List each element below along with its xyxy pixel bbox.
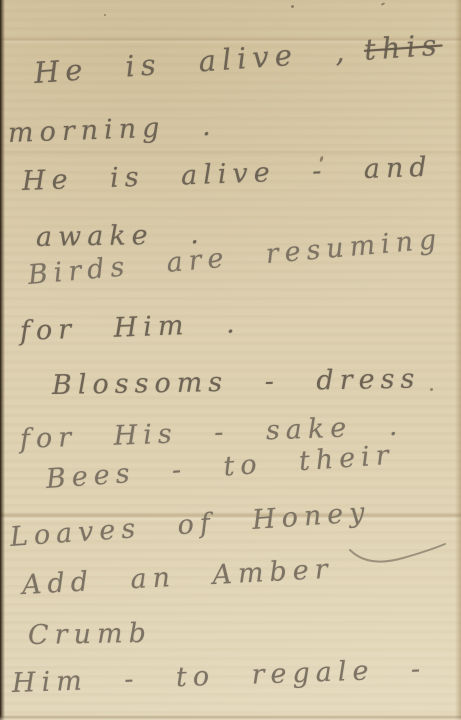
pencil-speck — [291, 5, 294, 8]
scan-edge-bottom — [0, 715, 461, 720]
handwriting-text: morning . — [7, 111, 217, 149]
handwriting-line: Crumb — [28, 618, 152, 651]
scan-edge-right — [455, 0, 461, 720]
pencil-speck — [381, 2, 385, 6]
handwriting-text: Crumb — [28, 618, 152, 651]
pencil-speck — [430, 388, 433, 391]
pen-flourish — [348, 542, 448, 568]
handwriting-line: for Him . — [19, 308, 241, 347]
handwriting-text: Add an Amber — [21, 554, 334, 601]
handwriting-text: for Him . — [19, 308, 241, 347]
handwriting-text: He is alive - and — [21, 152, 433, 197]
pencil-speck — [104, 14, 106, 16]
handwriting-text: Him - to regale - — [11, 654, 426, 699]
handwriting-line: Loaves of Honey — [9, 497, 372, 553]
handwriting-line: Add an Amber — [21, 554, 334, 601]
handwriting-line: He is alive - and — [21, 152, 433, 197]
handwriting-line: morning . — [7, 111, 217, 149]
handwriting-text: Loaves of Honey — [9, 497, 372, 553]
handwriting-text: Blossoms - dress — [52, 364, 421, 401]
crossed-out-word: this — [363, 27, 444, 66]
handwriting-line: Blossoms - dress — [52, 364, 421, 401]
scan-edge-left — [0, 0, 5, 720]
handwriting-line: Him - to regale - — [11, 654, 426, 699]
manuscript-page: He is alive ,this morning . He is alive … — [0, 0, 461, 720]
